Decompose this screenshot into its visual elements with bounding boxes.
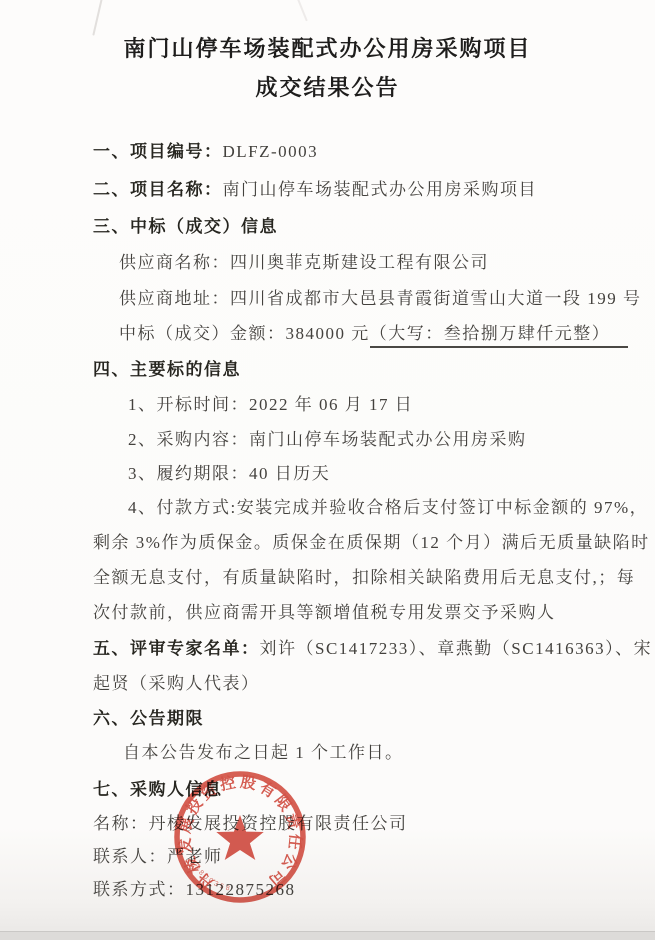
heading-purchaser-info: 七、采购人信息 bbox=[93, 781, 223, 798]
line-announcement-period: 自本公告发布之日起 1 个工作日。 bbox=[123, 744, 404, 761]
line-supplier-name: 供应商名称：四川奥菲克斯建设工程有限公司 bbox=[119, 254, 489, 271]
document-title-line2: 成交结果公告 bbox=[0, 77, 655, 99]
line-supplier-address: 供应商地址：四川省成都市大邑县青霞街道雪山大道一段 199 号 bbox=[119, 290, 642, 307]
line-procurement-content: 2、采购内容：南门山停车场装配式办公用房采购 bbox=[128, 431, 527, 448]
line-project-number: 一、项目编号：DLFZ-0003 bbox=[93, 143, 318, 160]
line-award-amount: 中标（成交）金额：384000 元（大写：叁拾捌万肆仟元整） bbox=[119, 325, 628, 342]
line-purchaser-name: 名称：丹棱发展投资控股有限责任公司 bbox=[93, 815, 408, 832]
scanned-document-page: 南门山停车场装配式办公用房采购项目 成交结果公告 一、项目编号：DLFZ-000… bbox=[0, 0, 655, 940]
amount-in-words-underlined: （大写：叁拾捌万肆仟元整） bbox=[370, 324, 629, 348]
heading-award-info: 三、中标（成交）信息 bbox=[93, 218, 278, 235]
line-bid-opening-time: 1、开标时间：2022 年 06 月 17 日 bbox=[128, 396, 413, 413]
line-expert-list-continued: 起贤（采购人代表） bbox=[93, 675, 260, 692]
line-contact-phone: 联系方式：13122875268 bbox=[93, 881, 296, 898]
line-project-name: 二、项目名称：南门山停车场装配式办公用房采购项目 bbox=[93, 181, 537, 198]
line-performance-period: 3、履约期限：40 日历天 bbox=[128, 465, 330, 482]
paper-crease bbox=[296, 0, 308, 21]
heading-subject-info: 四、主要标的信息 bbox=[93, 361, 241, 378]
line-payment-terms-3: 全额无息支付，有质量缺陷时，扣除相关缺陷费用后无息支付,；每 bbox=[93, 569, 635, 586]
line-expert-list: 五、评审专家名单：刘许（SC1417233）、章燕勤（SC1416363）、宋 bbox=[93, 640, 652, 657]
line-payment-terms-4: 次付款前，供应商需开具等额增值税专用发票交予采购人 bbox=[93, 604, 556, 621]
document-title-line1: 南门山停车场装配式办公用房采购项目 bbox=[0, 38, 655, 60]
scanner-edge bbox=[0, 931, 655, 940]
line-payment-terms-1: 4、付款方式:安装完成并验收合格后支付签订中标金额的 97%， bbox=[128, 499, 648, 516]
line-contact-person: 联系人：严老师 bbox=[93, 848, 223, 865]
line-payment-terms-2: 剩余 3%作为质保金。质保金在质保期（12 个月）满后无质量缺陷时 bbox=[93, 534, 650, 551]
paper-crease bbox=[92, 0, 103, 36]
heading-announcement-period: 六、公告期限 bbox=[93, 710, 204, 727]
